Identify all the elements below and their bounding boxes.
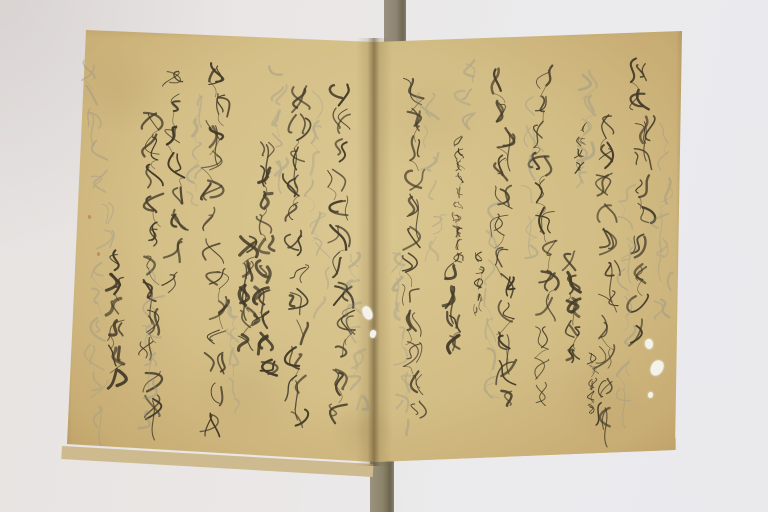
bleedthrough-column [134,260,170,425]
bleedthrough-column [610,180,646,400]
bleedthrough-column [77,60,107,135]
bleedthrough-column [181,90,211,205]
bleedthrough-column [644,120,680,320]
bleedthrough-column [414,92,450,252]
rust-speck [97,252,100,256]
annotation-column [583,352,600,418]
bleedthrough-column [385,250,415,430]
bleedthrough-column [512,95,548,260]
bleedthrough-column [341,250,371,420]
bleedthrough-column [217,300,247,430]
photo-background [0,0,768,512]
signature-column [437,262,467,362]
bleedthrough-column [570,70,600,200]
bleedthrough-column [474,200,510,415]
rust-speck [88,215,91,219]
bleedthrough-column [453,60,483,140]
bleedthrough-column [82,140,118,420]
calligraphy-layer [0,0,768,512]
bleedthrough-column [261,60,291,180]
bleedthrough-column [300,90,336,320]
